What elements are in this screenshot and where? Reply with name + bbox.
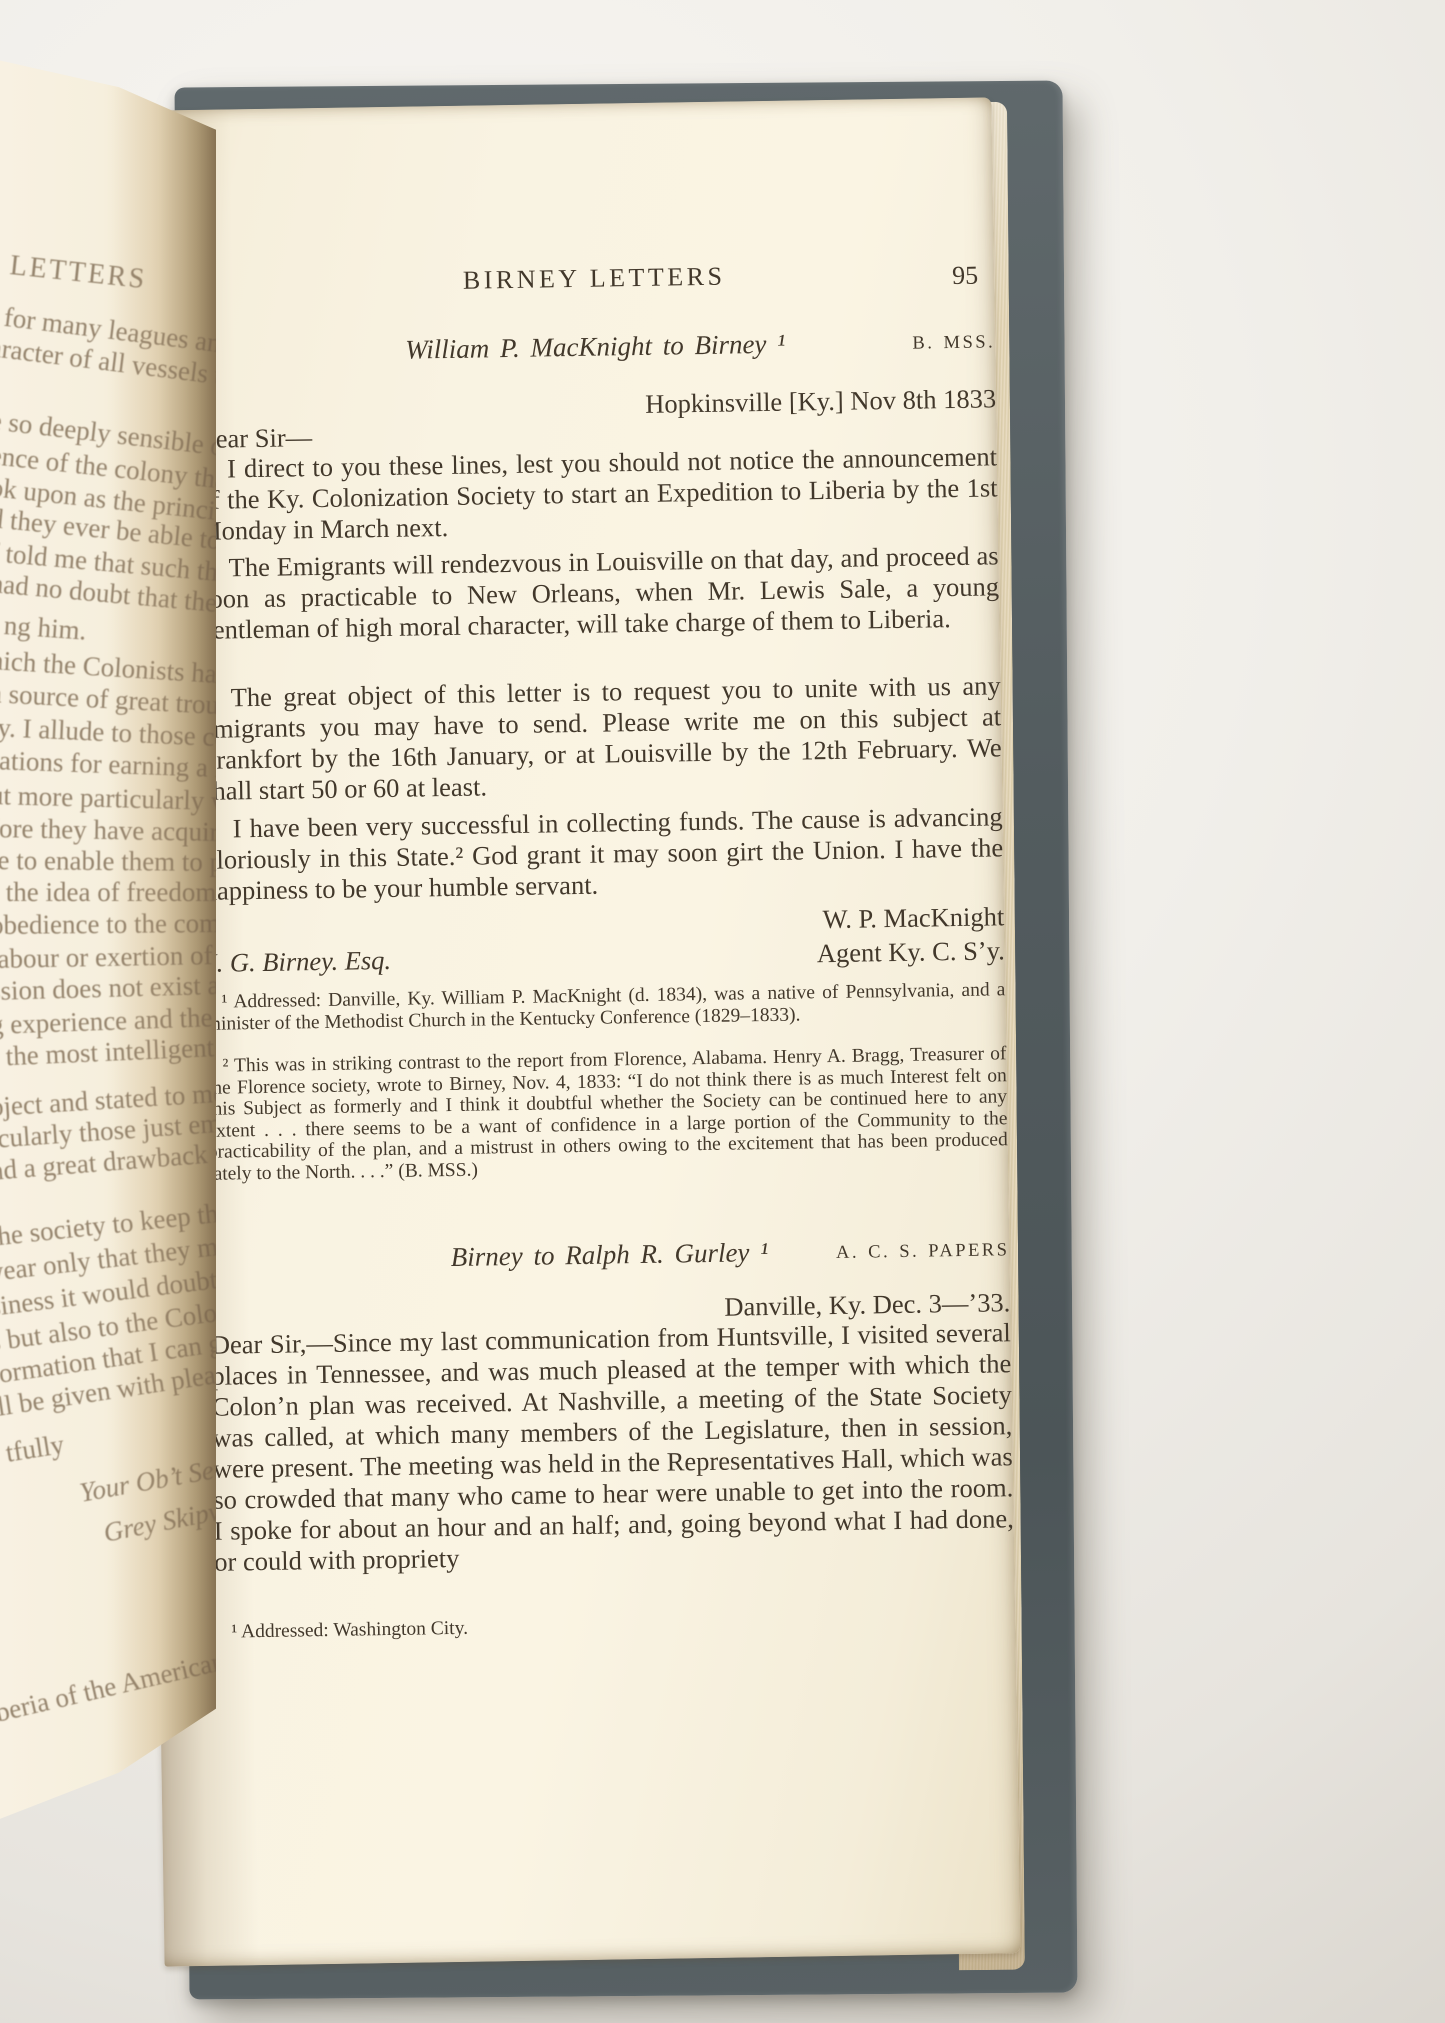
- letter1-heading-row: William P. MacKnight to Birney ¹ B. MSS.: [195, 325, 995, 369]
- right-page-content: BIRNEY LETTERS 95 William P. MacKnight t…: [191, 97, 1020, 1965]
- left-page-fragment: LETTERS: [8, 250, 148, 296]
- left-page-fragment: ut more particularly wit: [0, 780, 216, 818]
- left-page-fragment: beria of the American Colon: [0, 1629, 216, 1728]
- left-page-fragment: labour or exertion of an: [0, 940, 216, 975]
- letter2-body: Dear Sir,—Since my last communication fr…: [211, 1317, 1015, 1578]
- left-page-fragment: obedience to the command: [0, 907, 216, 941]
- letter2-source-label: A. C. S. PAPERS: [836, 1240, 1010, 1264]
- left-page: LETTERS t for many leagues and w aracter…: [0, 48, 216, 1826]
- left-page-fragment: rations for earning a livel: [0, 745, 216, 786]
- letter1-addressee: J. G. Birney. Esq.: [205, 945, 392, 979]
- letter1-paragraph: The Emigrants will rendezvous in Louisvi…: [198, 540, 999, 646]
- left-page-fragment: tfully: [4, 1429, 67, 1469]
- book-photo: BIRNEY LETTERS 95 William P. MacKnight t…: [0, 0, 1445, 2023]
- letter2-heading: Birney to Ralph R. Gurley ¹: [451, 1237, 769, 1272]
- letter1-paragraph: I have been very successful in collectin…: [203, 801, 1004, 907]
- left-page-fragment: te to enable them to prov: [0, 845, 216, 878]
- left-page-fragment: ssion does not exist and th: [0, 969, 216, 1007]
- running-header: BIRNEY LETTERS: [463, 262, 726, 295]
- page-header: BIRNEY LETTERS 95: [194, 257, 994, 300]
- letter1-source-label: B. MSS.: [912, 332, 995, 354]
- letter1-footnote-1: ¹ Addressed: Danville, Ky. William P. Ma…: [205, 979, 1006, 1035]
- letter1-paragraph: The great object of this letter is to re…: [200, 670, 1002, 807]
- left-page-fragment: ] the idea of freedom, is n: [0, 877, 216, 908]
- letter1-footnote-2: ² This was in striking contrast to the r…: [206, 1043, 1008, 1185]
- letter1-heading: William P. MacKnight to Birney ¹: [405, 329, 786, 365]
- letter1-paragraph: I direct to you these lines, lest you sh…: [197, 441, 998, 547]
- page-number: 95: [952, 261, 978, 291]
- letter2-heading-row: Birney to Ralph R. Gurley ¹ A. C. S. PAP…: [209, 1233, 1009, 1277]
- left-page-fragment: fore they have acquired ha: [0, 813, 216, 849]
- right-page: BIRNEY LETTERS 95 William P. MacKnight t…: [135, 97, 1020, 1966]
- left-page-fragment: ng him.: [3, 610, 87, 647]
- letter1-signature-title: Agent Ky. C. S’y.: [817, 935, 1005, 969]
- letter2-footnote: ¹ Addressed: Washington City.: [215, 1609, 1015, 1643]
